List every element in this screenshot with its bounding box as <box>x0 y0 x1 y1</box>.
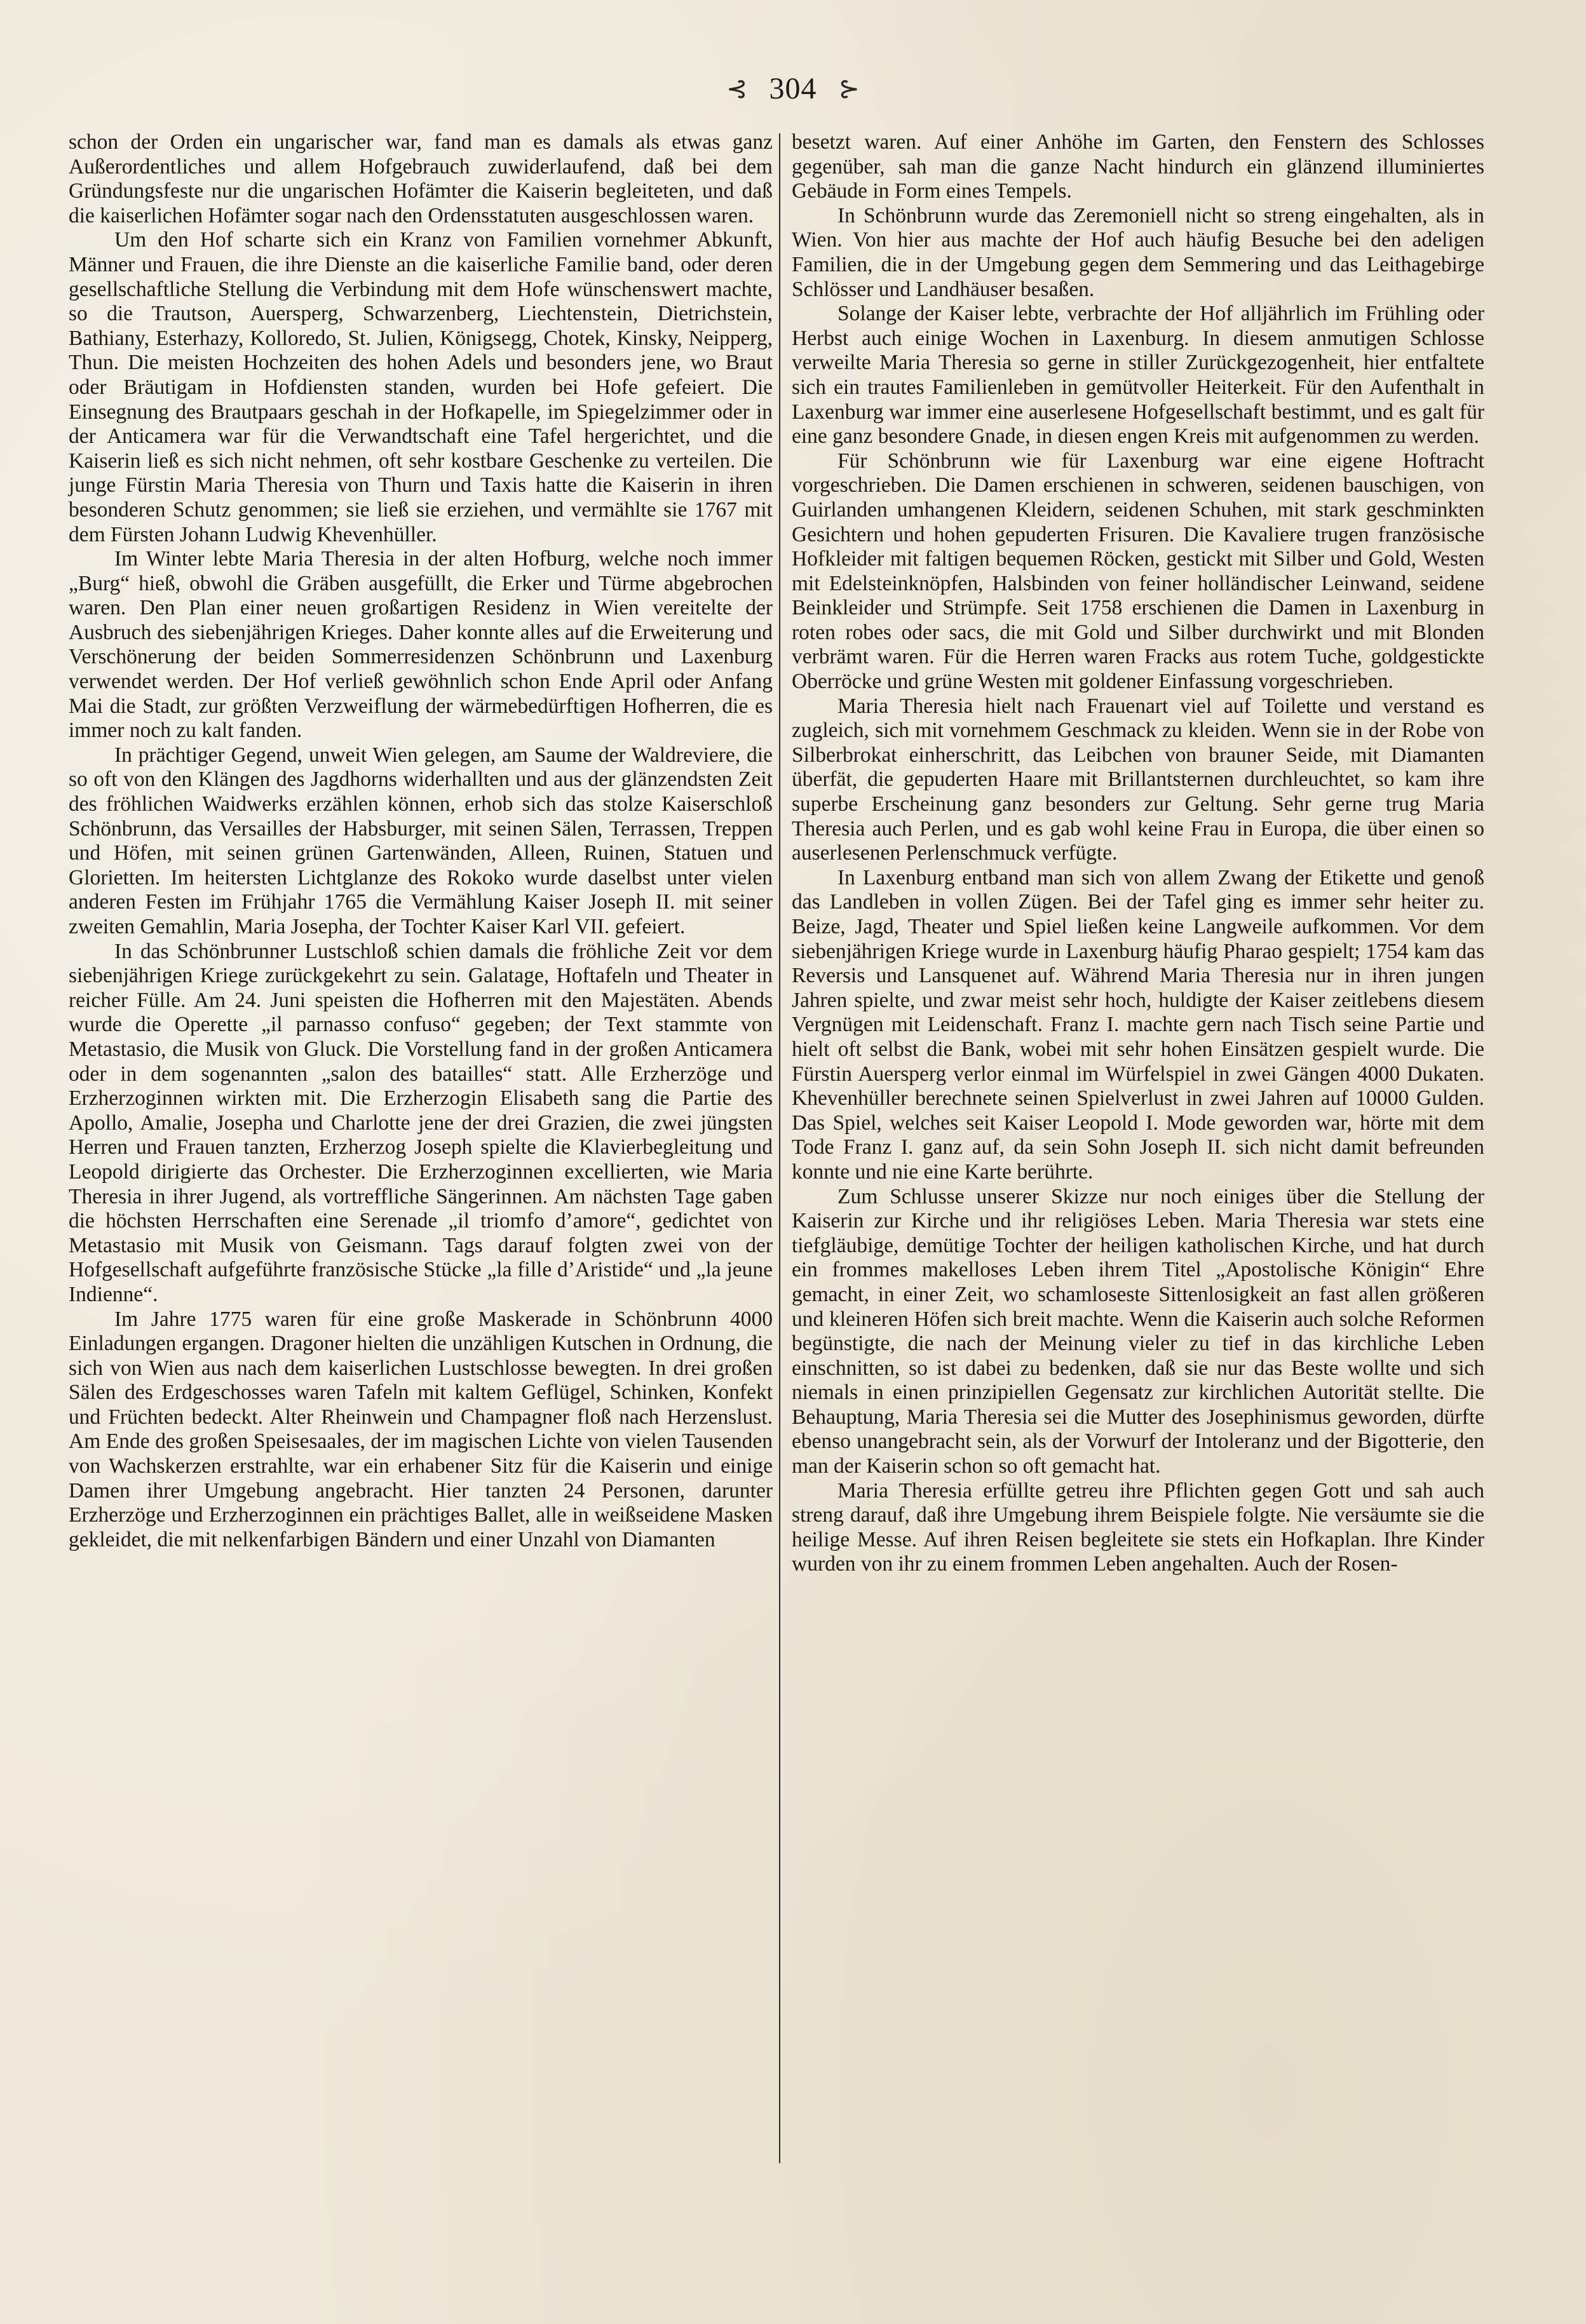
paragraph: In Laxenburg entband man sich von allem … <box>792 866 1484 1185</box>
page-number: 304 <box>769 71 817 106</box>
paragraph: Um den Hof scharte sich ein Kranz von Fa… <box>69 228 773 547</box>
column-divider <box>779 133 780 2163</box>
page-header: ⊰ 304 ⊱ <box>0 71 1586 106</box>
ornament-right-icon: ⊱ <box>839 74 860 104</box>
paragraph: besetzt waren. Auf einer Anhöhe im Garte… <box>792 130 1484 204</box>
ornament-left-icon: ⊰ <box>726 74 748 104</box>
right-column: besetzt waren. Auf einer Anhöhe im Garte… <box>792 130 1484 1577</box>
paragraph: Maria Theresia erfüllte getreu ihre Pfli… <box>792 1479 1484 1577</box>
paragraph: In Schönbrunn wurde das Zeremoniell nich… <box>792 204 1484 302</box>
left-column: schon der Orden ein ungarischer war, fan… <box>69 130 773 1552</box>
paragraph: schon der Orden ein ungarischer war, fan… <box>69 130 773 228</box>
paragraph: In das Schönbrunner Lustschloß schien da… <box>69 940 773 1307</box>
paragraph: Für Schönbrunn wie für Laxenburg war ein… <box>792 449 1484 694</box>
paragraph: Zum Schlusse unserer Skizze nur noch ein… <box>792 1185 1484 1479</box>
paragraph: Maria Theresia hielt nach Frauenart viel… <box>792 694 1484 866</box>
paragraph: Im Jahre 1775 waren für eine große Maske… <box>69 1307 773 1553</box>
paragraph: Im Winter lebte Maria Theresia in der al… <box>69 547 773 743</box>
paragraph: Solange der Kaiser lebte, verbrachte der… <box>792 302 1484 449</box>
paragraph: In prächtiger Gegend, unweit Wien gelege… <box>69 743 773 940</box>
